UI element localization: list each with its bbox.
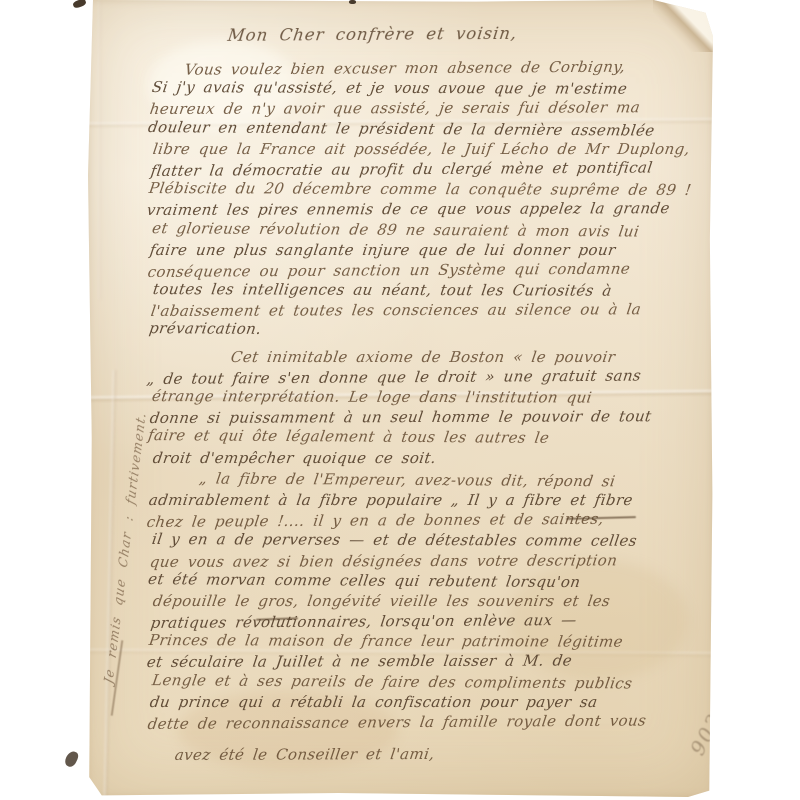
paragraph: Cet inimitable axiome de Boston « le pou… [150, 347, 702, 468]
scan-edge-mark [72, 0, 87, 9]
handwriting-line: avez été le Conseiller et l'ami, [151, 743, 706, 765]
margin-note: Je remis que Char : furtivement. [98, 382, 153, 714]
handwriting-line: Si j'y avais qu'assisté, et je vous avou… [151, 77, 706, 99]
handwriting-line: Plébiscite du 20 décembre comme la conqu… [148, 178, 703, 200]
handwriting-line: toutes les intelligences au néant, tout … [152, 279, 707, 301]
fold-crease-vertical-faint [98, 0, 101, 300]
handwriting-line: Cet inimitable axiome de Boston « le pou… [148, 347, 703, 367]
handwriting-line: étrange interprétation. Le loge dans l'i… [151, 386, 706, 408]
salutation: Mon Cher confrère et voisin, [227, 24, 519, 45]
handwriting-line: dette de reconnaissance envers la famill… [146, 710, 701, 734]
letter-paper: Mon Cher confrère et voisin, Vous voulez… [88, 0, 713, 797]
letter-body: Vous voulez bien excuser mon absence de … [150, 58, 702, 764]
handwriting-line: prévarication. [148, 319, 702, 343]
scanned-letter-page: Mon Cher confrère et voisin, Vous voulez… [0, 0, 800, 800]
handwriting-line: vraiment les pires ennemis de ce que vou… [145, 198, 700, 220]
handwriting-line: que vous avez si bien désignées dans vot… [148, 550, 703, 572]
handwriting-line: et séculaire la Juillet à ne semble lais… [145, 650, 700, 672]
scan-edge-mark [63, 749, 80, 768]
handwriting-line: et été morvan comme celles qui rebutent … [147, 569, 701, 593]
handwriting-line: faire et qui ôte légalement à tous les a… [147, 425, 701, 449]
handwriting-line: et glorieuse révolution de 89 ne sauraie… [151, 218, 705, 242]
handwriting-line: Lengle et à ses pareils de faire des com… [151, 670, 705, 694]
corner-fold-top-right [653, 0, 713, 52]
handwriting-line: „ la fibre de l'Empereur, avez-vous dit,… [150, 468, 704, 492]
handwriting-line: droit d'empêcher quoique ce soit. [152, 448, 707, 468]
handwriting-line: libre que la France ait possédée, le Jui… [152, 139, 707, 159]
handwriting-line: Princes de la maison de france leur patr… [148, 630, 703, 652]
handwriting-line: faire une plus sanglante injure que de l… [149, 240, 704, 260]
paragraph: „ la fibre de l'Empereur, avez-vous dit,… [150, 470, 702, 732]
paragraph: Vous voulez bien excuser mon absence de … [150, 58, 702, 341]
paragraph: avez été le Conseiller et l'ami, [150, 744, 702, 764]
handwriting-line: douleur en entendant le président de la … [147, 117, 701, 141]
handwriting-line: heureux de n'y avoir que assisté, je ser… [148, 97, 703, 119]
handwriting-line: du prince qui a rétabli la confiscation … [149, 692, 704, 712]
handwriting-line: dépouille le gros, longévité vieille les… [152, 591, 707, 611]
handwriting-line: admirablement à la fibre populaire „ Il … [148, 490, 703, 510]
handwriting-line: il y en a de perverses — et de détestabl… [151, 529, 706, 551]
scan-edge-mark [349, 0, 356, 4]
